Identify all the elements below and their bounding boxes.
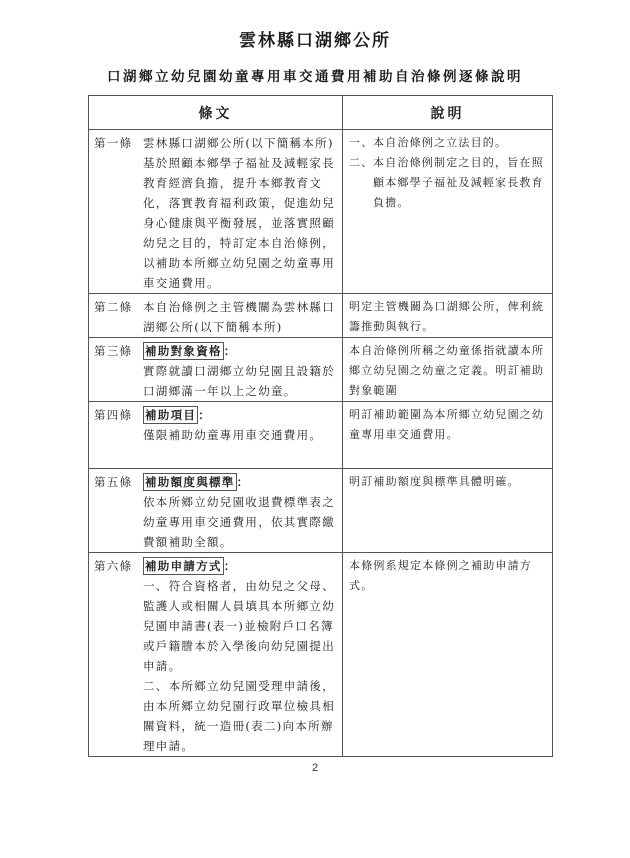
item-number: 一、 <box>349 133 373 153</box>
article-text: 僅限補助幼童專用車交通費用。 <box>143 425 338 445</box>
item-number: 二、 <box>349 153 373 213</box>
explanation-item: 二、 本自治條例制定之目的，旨在照顧本鄉學子福祉及減輕家長教育負擔。 <box>349 153 548 213</box>
article-heading: 補助項目 <box>143 406 198 424</box>
explanation-text: 本條例系規定本條例之補助申請方式。 <box>343 553 552 596</box>
table-row: 第六條 補助申請方式： 一、符合資格者，由幼兒之父母、監護人或相關人員填具本所鄉… <box>89 553 553 757</box>
explanation-cell: 本自治條例所稱之幼童係指就讀本所鄉立幼兒園之幼童之定義。明訂補助對象範圍 <box>343 338 553 402</box>
explanation-text: 明訂補助額度與標準具體明確。 <box>343 469 552 492</box>
article-text-item: 二、本所鄉立幼兒園受理申請後，由本所鄉立幼兒園行政單位檢具相關資料，統一造冊(表… <box>143 676 338 756</box>
article-number: 第二條 <box>94 297 143 337</box>
article-text: 本自治條例之主管機關為雲林縣口湖鄉公所(以下簡稱本所) <box>143 297 338 337</box>
explanation-text: 明訂補助範圍為本所鄉立幼兒園之幼童專用車交通費用。 <box>343 402 552 445</box>
article-heading: 補助額度與標準 <box>143 473 237 491</box>
article-text: 實際就讀口湖鄉立幼兒園且設籍於口湖鄉滿一年以上之幼童。 <box>143 361 338 401</box>
explanation-cell: 明定主管機關為口湖鄉公所，俾利統籌推動與執行。 <box>343 294 553 338</box>
document-title: 雲林縣口湖鄉公所 <box>0 26 630 51</box>
article-number: 第一條 <box>94 133 143 293</box>
article-number: 第三條 <box>94 341 143 401</box>
article-number: 第六條 <box>94 556 143 756</box>
article-heading: 補助申請方式 <box>143 557 224 575</box>
article-text: 雲林縣口湖鄉公所(以下簡稱本所)基於照顧本鄉學子福祉及減輕家長教育經濟負擔，提升… <box>143 133 338 293</box>
article-text: 依本所鄉立幼兒園收退費標準表之幼童專用車交通費用，依其實際繳費額補助全額。 <box>143 492 338 552</box>
page-number: 2 <box>0 762 630 774</box>
table-row: 第一條 雲林縣口湖鄉公所(以下簡稱本所)基於照顧本鄉學子福祉及減輕家長教育經濟負… <box>89 130 553 294</box>
item-text: 本自治條例之立法目的。 <box>373 133 548 153</box>
explanation-cell: 明訂補助範圍為本所鄉立幼兒園之幼童專用車交通費用。 <box>343 402 553 469</box>
heading-colon: ： <box>224 559 237 573</box>
explanation-text: 本自治條例所稱之幼童係指就讀本所鄉立幼兒園之幼童之定義。明訂補助對象範圍 <box>343 338 552 401</box>
item-text: 本自治條例制定之目的，旨在照顧本鄉學子福祉及減輕家長教育負擔。 <box>373 153 548 213</box>
article-cell: 第三條 補助對象資格： 實際就讀口湖鄉立幼兒園且設籍於口湖鄉滿一年以上之幼童。 <box>89 338 343 402</box>
table-header-row: 條文 說明 <box>89 96 553 130</box>
article-text-item: 一、符合資格者，由幼兒之父母、監護人或相關人員填具本所鄉立幼兒園申請書(表一)並… <box>143 576 338 676</box>
table-row: 第二條 本自治條例之主管機關為雲林縣口湖鄉公所(以下簡稱本所) 明定主管機關為口… <box>89 294 553 338</box>
table-row: 第四條 補助項目： 僅限補助幼童專用車交通費用。 明訂補助範圍為本所鄉立幼兒園之… <box>89 402 553 469</box>
explanation-cell: 一、 本自治條例之立法目的。 二、 本自治條例制定之目的，旨在照顧本鄉學子福祉及… <box>343 130 553 294</box>
explanation-cell: 本條例系規定本條例之補助申請方式。 <box>343 553 553 757</box>
article-heading: 補助對象資格 <box>143 342 224 360</box>
header-explanation: 說明 <box>343 96 553 130</box>
article-number: 第五條 <box>94 472 143 552</box>
explanation-cell: 明訂補助額度與標準具體明確。 <box>343 469 553 553</box>
table-row: 第五條 補助額度與標準： 依本所鄉立幼兒園收退費標準表之幼童專用車交通費用，依其… <box>89 469 553 553</box>
document-subtitle: 口湖鄉立幼兒園幼童專用車交通費用補助自治條例逐條說明 <box>0 65 630 85</box>
heading-colon: ： <box>224 344 237 358</box>
table-row: 第三條 補助對象資格： 實際就讀口湖鄉立幼兒園且設籍於口湖鄉滿一年以上之幼童。 … <box>89 338 553 402</box>
article-cell: 第四條 補助項目： 僅限補助幼童專用車交通費用。 <box>89 402 343 469</box>
heading-colon: ： <box>237 475 250 489</box>
header-article: 條文 <box>89 96 343 130</box>
explanation-item: 一、 本自治條例之立法目的。 <box>349 133 548 153</box>
article-cell: 第二條 本自治條例之主管機關為雲林縣口湖鄉公所(以下簡稱本所) <box>89 294 343 338</box>
article-explanation-table: 條文 說明 第一條 雲林縣口湖鄉公所(以下簡稱本所)基於照顧本鄉學子福祉及減輕家… <box>88 95 553 757</box>
heading-colon: ： <box>198 408 211 422</box>
article-cell: 第五條 補助額度與標準： 依本所鄉立幼兒園收退費標準表之幼童專用車交通費用，依其… <box>89 469 343 553</box>
explanation-text: 明定主管機關為口湖鄉公所，俾利統籌推動與執行。 <box>343 294 552 337</box>
article-cell: 第一條 雲林縣口湖鄉公所(以下簡稱本所)基於照顧本鄉學子福祉及減輕家長教育經濟負… <box>89 130 343 294</box>
article-cell: 第六條 補助申請方式： 一、符合資格者，由幼兒之父母、監護人或相關人員填具本所鄉… <box>89 553 343 757</box>
article-number: 第四條 <box>94 405 143 445</box>
